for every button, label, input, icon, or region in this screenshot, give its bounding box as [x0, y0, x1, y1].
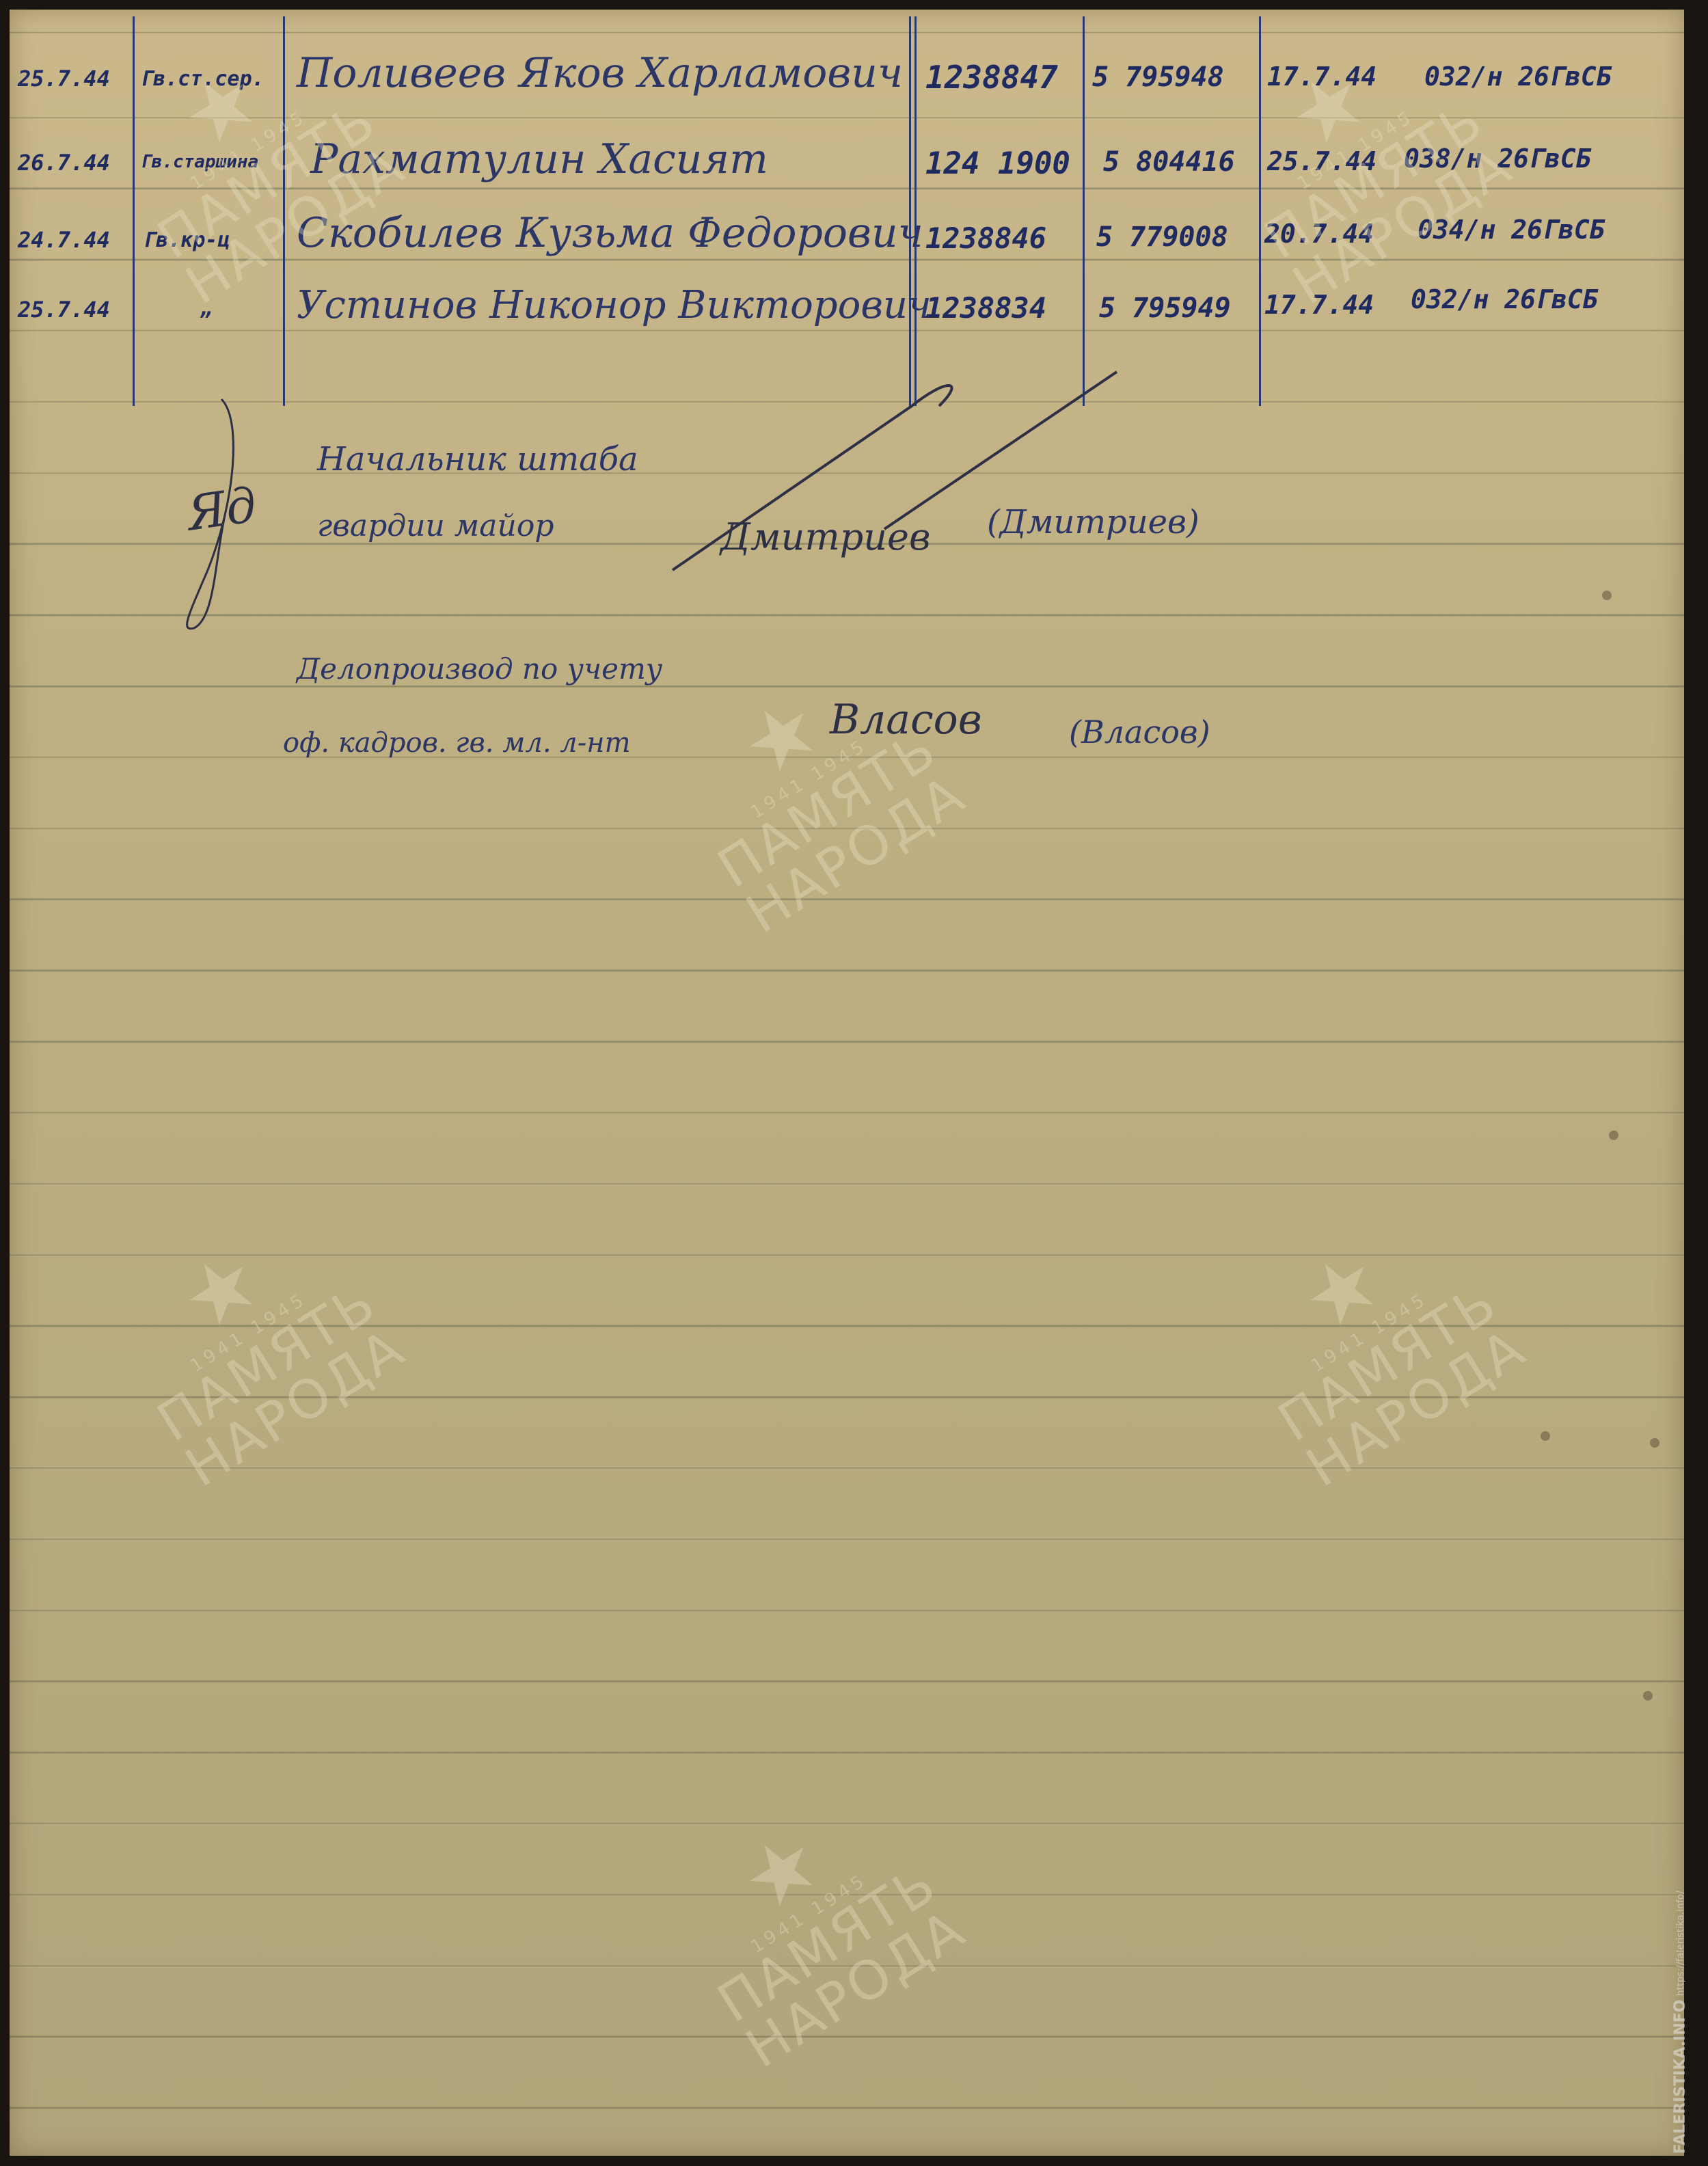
row-name: Устинов Никонор Викторович — [297, 283, 932, 327]
clerk-printed-name: (Власов) — [1069, 714, 1210, 750]
chief-signature: Дмитриев — [720, 515, 930, 558]
watermark: ★ 1941 1945 ПАМЯТЬ НАРОДА — [657, 637, 974, 942]
paper-hole — [1650, 1438, 1659, 1448]
row-name: Скобилев Кузьма Федорович — [297, 209, 923, 257]
row-name: Поливеев Яков Харламович — [297, 49, 903, 97]
row-date: 25.7.44 — [18, 297, 110, 323]
column-divider — [133, 16, 135, 406]
paper-hole — [1541, 1431, 1550, 1441]
row-date: 26.7.44 — [18, 150, 110, 176]
watermark: ★ 1941 1945 ПАМЯТЬ НАРОДА — [657, 1772, 974, 2076]
row-number2: 5 795948 — [1092, 62, 1224, 93]
faleristika-watermark: FALERISTIKA.INFO https://faleristika.inf… — [1672, 1891, 1689, 2154]
row-number1: 1238834 — [925, 291, 1046, 325]
watermark: ★ 1941 1945 ПАМЯТЬ НАРОДА — [96, 1191, 414, 1495]
clerk-title-line1: Делопроизвод по учету — [297, 652, 662, 686]
row-date: 25.7.44 — [18, 66, 110, 92]
row-number2: 5 795949 — [1099, 293, 1231, 324]
row-number2: 5 779008 — [1096, 221, 1228, 253]
document-page: 25.7.44 Гв.ст.сер. Поливеев Яков Харламо… — [10, 10, 1684, 2156]
chief-title-line1: Начальник штаба — [317, 440, 638, 478]
row-number1: 1238847 — [925, 59, 1058, 96]
row-order-ref: 032/н 26ГвСБ — [1411, 284, 1599, 314]
row-number1: 124 1900 — [925, 146, 1070, 181]
margin-initial-stroke — [174, 392, 256, 638]
paper-hole — [1602, 591, 1612, 600]
chief-title-line2: гвардии майор — [317, 509, 554, 543]
row-date: 24.7.44 — [18, 227, 110, 253]
chief-printed-name: (Дмитриев) — [987, 503, 1199, 541]
paper-hole — [1643, 1691, 1653, 1701]
watermark: ★ 1941 1945 ПАМЯТЬ НАРОДА — [1217, 1191, 1534, 1495]
watermark: ★ 1941 1945 ПАМЯТЬ НАРОДА — [1204, 8, 1521, 313]
row-number1: 1238846 — [925, 221, 1046, 255]
clerk-title-line2: оф. кадров. гв. мл. л-нт — [283, 727, 631, 759]
column-divider — [1083, 16, 1085, 406]
paper-hole — [1609, 1131, 1618, 1140]
